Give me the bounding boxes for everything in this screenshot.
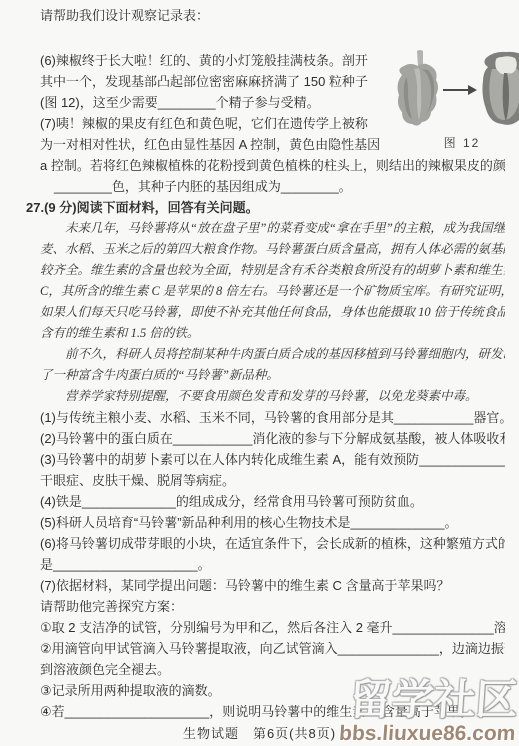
material-line: 麦、水稻、玉米之后的第四大粮食作物。马铃薯蛋白质含量高，拥有人体必需的氨基酸比 bbox=[40, 239, 505, 260]
question-line: (4)铁是_____________的组成成分，经常食用马铃薯可预防贫血。 bbox=[40, 491, 505, 512]
material-line: C，其所含的维生素 C 是苹果的 8 倍左右。马铃薯还是一个矿物质宝库。有研究证… bbox=[40, 281, 505, 302]
question-line: ③记录所用两种提取液的滴数。 bbox=[40, 680, 505, 701]
cut-open-pepper-image bbox=[480, 49, 519, 136]
question-line: (3)马铃薯中的胡萝卜素可以在人体内转化成维生素 A，能有效预防________… bbox=[40, 449, 505, 470]
question-line: a 控制。若将红色辣椒植株的花粉授到黄色植株的柱头上，则结出的辣椒果皮的颜色为 bbox=[40, 155, 505, 176]
figure-12-images bbox=[392, 50, 519, 134]
question-line: 请帮助他完善探究方案： bbox=[40, 596, 505, 617]
question-line: 其中一个，发现基部凸起部位密密麻麻挤满了 150 粒种子 bbox=[40, 71, 392, 92]
question-27-items: (1)与传统主粮小麦、水稻、玉米不同，马铃薯的食用部分是其___________… bbox=[40, 407, 505, 722]
question-line: 干眼症、皮肤干燥、脱屑等病症。 bbox=[40, 470, 505, 491]
question-line: (7)依据材料，某同学提出问题：马铃薯中的维生素 C 含量高于苹果吗？ bbox=[40, 575, 505, 596]
question-line: ①取 2 支洁净的试管，分别编号为甲和乙，然后各注入 2 毫升_________… bbox=[40, 617, 505, 638]
figure-caption: 图 12 bbox=[444, 134, 481, 151]
question-line: ④若____________________，则说明马铃薯中的维生素 C 含量高… bbox=[40, 701, 505, 722]
question-line: ________色，其种子内胚的基因组成为________。 bbox=[40, 176, 505, 197]
material-line: 营养学家特别提醒，不要食用颜色发青和发芽的马铃薯，以免龙葵素中毒。 bbox=[40, 386, 505, 407]
right-arrow-icon bbox=[443, 83, 477, 101]
question-line: (图 12)，这至少需要________个精子参与受精。 bbox=[40, 92, 392, 113]
material-line: 了一种富含牛肉蛋白质的“马铃薯”新品种。 bbox=[40, 365, 505, 386]
question-26-block: (6)辣椒终于长大啦！红的、黄的小灯笼般挂满枝条。剖开 其中一个，发现基部凸起部… bbox=[40, 50, 505, 155]
question-line: 到溶液颜色完全褪去。 bbox=[40, 659, 505, 680]
question-line: 为一对相对性状，红色由显性基因 A 控制，黄色由隐性基因 bbox=[40, 134, 392, 155]
question-line: (2)马铃薯中的蛋白质在___________消化液的参与下分解成氨基酸，被人体… bbox=[40, 428, 505, 449]
question-line: (6)辣椒终于长大啦！红的、黄的小灯笼般挂满枝条。剖开 bbox=[40, 50, 392, 71]
figure-12: 图 12 bbox=[392, 50, 519, 155]
page-footer: 生物试题 第6页(共8页) bbox=[0, 723, 519, 742]
question-line: (5)科研人员培育“马铃薯”新品种利用的核心生物技术是_____________… bbox=[40, 512, 505, 533]
question-line: (6)将马铃薯切成带芽眼的小块，在适宜条件下，会长成新的植株，这种繁殖方式的优点 bbox=[40, 533, 505, 554]
question-line: ②用滴管向甲试管滴入马铃薯提取液，向乙试管滴入______________，边滴… bbox=[40, 638, 505, 659]
material-line: 较齐全。维生素的含量也较为全面，特别是含有禾谷类粮食所没有的胡萝卜素和维生素 bbox=[40, 260, 505, 281]
reading-material: 未来几年，马铃薯将从“放在盘子里”的菜肴变成“拿在手里”的主粮，成为我国继小麦、… bbox=[40, 218, 505, 407]
exam-page: 请帮助我们设计观察记录表： (6)辣椒终于长大啦！红的、黄的小灯笼般挂满枝条。剖… bbox=[0, 0, 519, 746]
question-27-heading: 27.(9 分)阅读下面材料，回答有关问题。 bbox=[26, 197, 505, 218]
question-line: (1)与传统主粮小麦、水稻、玉米不同，马铃薯的食用部分是其___________… bbox=[40, 407, 505, 428]
whole-pepper-image bbox=[392, 49, 440, 136]
material-line: 如果人们每天只吃马铃薯，即使不补充其他任何食品，身体也能摄取 10 倍于传统食品… bbox=[40, 302, 505, 323]
material-line: 未来几年，马铃薯将从“放在盘子里”的菜肴变成“拿在手里”的主粮，成为我国继小 bbox=[40, 218, 505, 239]
question-line: (7)咦！辣椒的果皮有红色和黄色呢，它们在遗传学上被称 bbox=[40, 113, 392, 134]
intro-line: 请帮助我们设计观察记录表： bbox=[40, 6, 505, 26]
material-line: 含有的维生素和 1.5 倍的铁。 bbox=[40, 323, 505, 344]
question-26-text: (6)辣椒终于长大啦！红的、黄的小灯笼般挂满枝条。剖开 其中一个，发现基部凸起部… bbox=[40, 50, 392, 155]
material-line: 前不久，科研人员将控制某种牛肉蛋白质合成的基因移植到马铃薯细胞内，研发出 bbox=[40, 344, 505, 365]
question-line: 是____________________。 bbox=[40, 554, 505, 575]
